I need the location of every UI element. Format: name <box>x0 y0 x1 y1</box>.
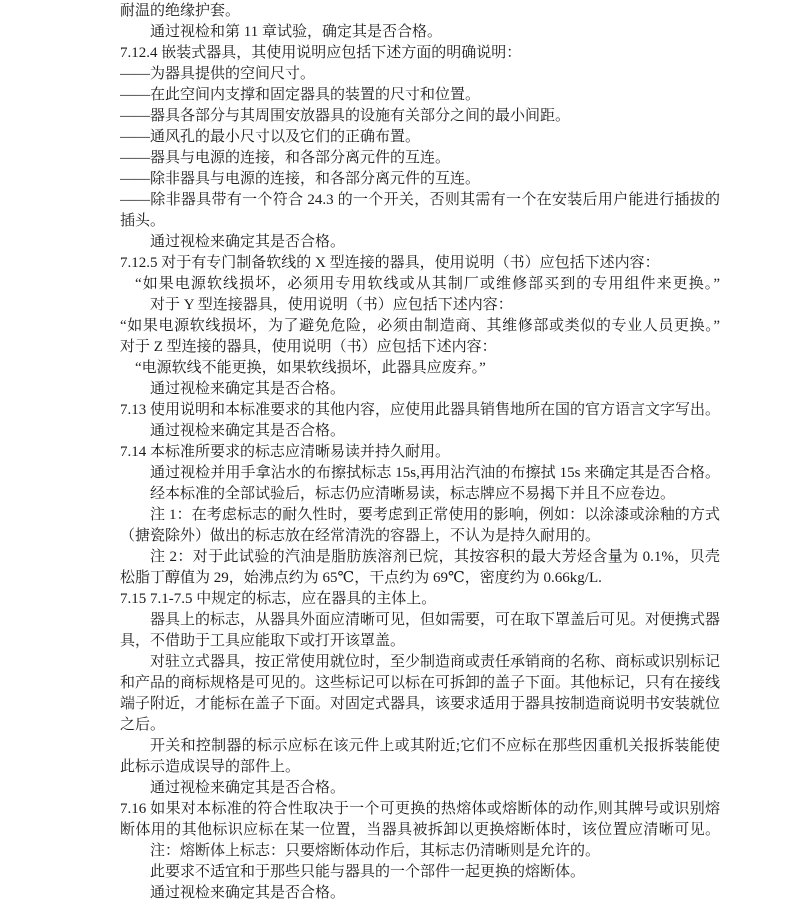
text-line: “电源软线不能更换，如果软线损坏，此器具应废弃。” <box>120 358 720 379</box>
text-line: 和产品的商标规格是可见的。这些标记可以标在可拆卸的盖子下面。其他标记，只有在接线 <box>120 673 720 694</box>
text-line: 对驻立式器具，按正常使用就位时，至少制造商或责任承销商的名称、商标或识别标记 <box>120 652 720 673</box>
text-line: 7.14 本标准所要求的标志应清晰易读并持久耐用。 <box>120 442 720 463</box>
text-line: 通过视检来确定其是否合格。 <box>120 232 720 253</box>
text-line: 断体用的其他标识应标在某一位置，当器具被拆卸以更换熔断体时，该位置应清晰可见。 <box>120 820 720 841</box>
text-line: 经本标准的全部试验后，标志仍应清晰易读，标志牌应不易揭下并且不应卷边。 <box>120 484 720 505</box>
text-line: 7.16 如果对本标准的符合性取决于一个可更换的热熔体或熔断体的动作,则其牌号或… <box>120 799 720 820</box>
text-line: 对于 Z 型连接的器具，使用说明（书）应包括下述内容： <box>120 337 720 358</box>
text-line: 插头。 <box>120 211 720 232</box>
text-line: ——除非器具带有一个符合 24.3 的一个开关，否则其需有一个在安装后用户能进行… <box>120 190 720 211</box>
text-line: 7.13 使用说明和本标准要求的其他内容，应使用此器具销售地所在国的官方语言文字… <box>120 400 720 421</box>
text-line: 通过视检来确定其是否合格。 <box>120 883 720 904</box>
text-line: 端子附近，才能标在盖子下面。对固定式器具，该要求适用于器具按制造商说明书安装就位 <box>120 694 720 715</box>
document-page: 耐温的绝缘护套。通过视检和第 11 章试验，确定其是否合格。7.12.4 嵌装式… <box>0 0 800 911</box>
text-line: 通过视检和第 11 章试验，确定其是否合格。 <box>120 22 720 43</box>
text-line: ——通风孔的最小尺寸以及它们的正确布置。 <box>120 127 720 148</box>
text-line: ——器具各部分与其周围安放器具的设施有关部分之间的最小间距。 <box>120 106 720 127</box>
text-line: 对于 Y 型连接器具，使用说明（书）应包括下述内容： <box>120 295 720 316</box>
document-text-block: 耐温的绝缘护套。通过视检和第 11 章试验，确定其是否合格。7.12.4 嵌装式… <box>120 1 720 904</box>
text-line: ——在此空间内支撑和固定器具的装置的尺寸和位置。 <box>120 85 720 106</box>
text-line: 通过视检来确定其是否合格。 <box>120 421 720 442</box>
text-line: 注：熔断体上标志：只要熔断体动作后，其标志仍清晰则是允许的。 <box>120 841 720 862</box>
text-line: “如果电源软线损坏，为了避免危险，必须由制造商、其维修部或类似的专业人员更换。” <box>120 316 720 337</box>
text-line: 7.15 7.1-7.5 中规定的标志，应在器具的主体上。 <box>120 589 720 610</box>
text-line: ——除非器具与电源的连接，和各部分离元件的互连。 <box>120 169 720 190</box>
text-line: （搪瓷除外）做出的标志放在经常清洗的容器上，不认为是持久耐用的。 <box>120 526 720 547</box>
text-line: 注 2：对于此试验的汽油是脂肪族溶剂已烷，其按容积的最大芳烃含量为 0.1%，贝… <box>120 547 720 568</box>
text-line: 具，不借助于工具应能取下或打开该罩盖。 <box>120 631 720 652</box>
text-line: 7.12.5 对于有专门制备软线的 X 型连接的器具，使用说明（书）应包括下述内… <box>120 253 720 274</box>
text-line: 7.12.4 嵌装式器具，其使用说明应包括下述方面的明确说明： <box>120 43 720 64</box>
text-line: 此标示造成误导的部件上。 <box>120 757 720 778</box>
text-line: 之后。 <box>120 715 720 736</box>
text-line: ——为器具提供的空间尺寸。 <box>120 64 720 85</box>
text-line: 器具上的标志，从器具外面应清晰可见，但如需要，可在取下罩盖后可见。对便携式器 <box>120 610 720 631</box>
text-line: ——器具与电源的连接，和各部分离元件的互连。 <box>120 148 720 169</box>
text-line: “如果电源软线损坏，必须用专用软线或从其制厂或维修部买到的专用组件来更换。” <box>120 274 720 295</box>
text-line: 通过视检并用手拿沾水的布擦拭标志 15s,再用沾汽油的布擦拭 15s 来确定其是… <box>120 463 720 484</box>
text-line: 注 1：在考虑标志的耐久性时，要考虑到正常使用的影响，例如：以涂漆或涂釉的方式 <box>120 505 720 526</box>
text-line: 耐温的绝缘护套。 <box>120 1 720 22</box>
text-line: 松脂丁醇值为 29，始沸点约为 65℃，干点约为 69℃，密度约为 0.66kg… <box>120 568 720 589</box>
text-line: 通过视检来确定其是否合格。 <box>120 778 720 799</box>
text-line: 开关和控制器的标示应标在该元件上或其附近;它们不应标在那些因重机关报拆装能使 <box>120 736 720 757</box>
text-line: 此要求不适宜和于那些只能与器具的一个部件一起更换的熔断体。 <box>120 862 720 883</box>
text-line: 通过视检来确定其是否合格。 <box>120 379 720 400</box>
